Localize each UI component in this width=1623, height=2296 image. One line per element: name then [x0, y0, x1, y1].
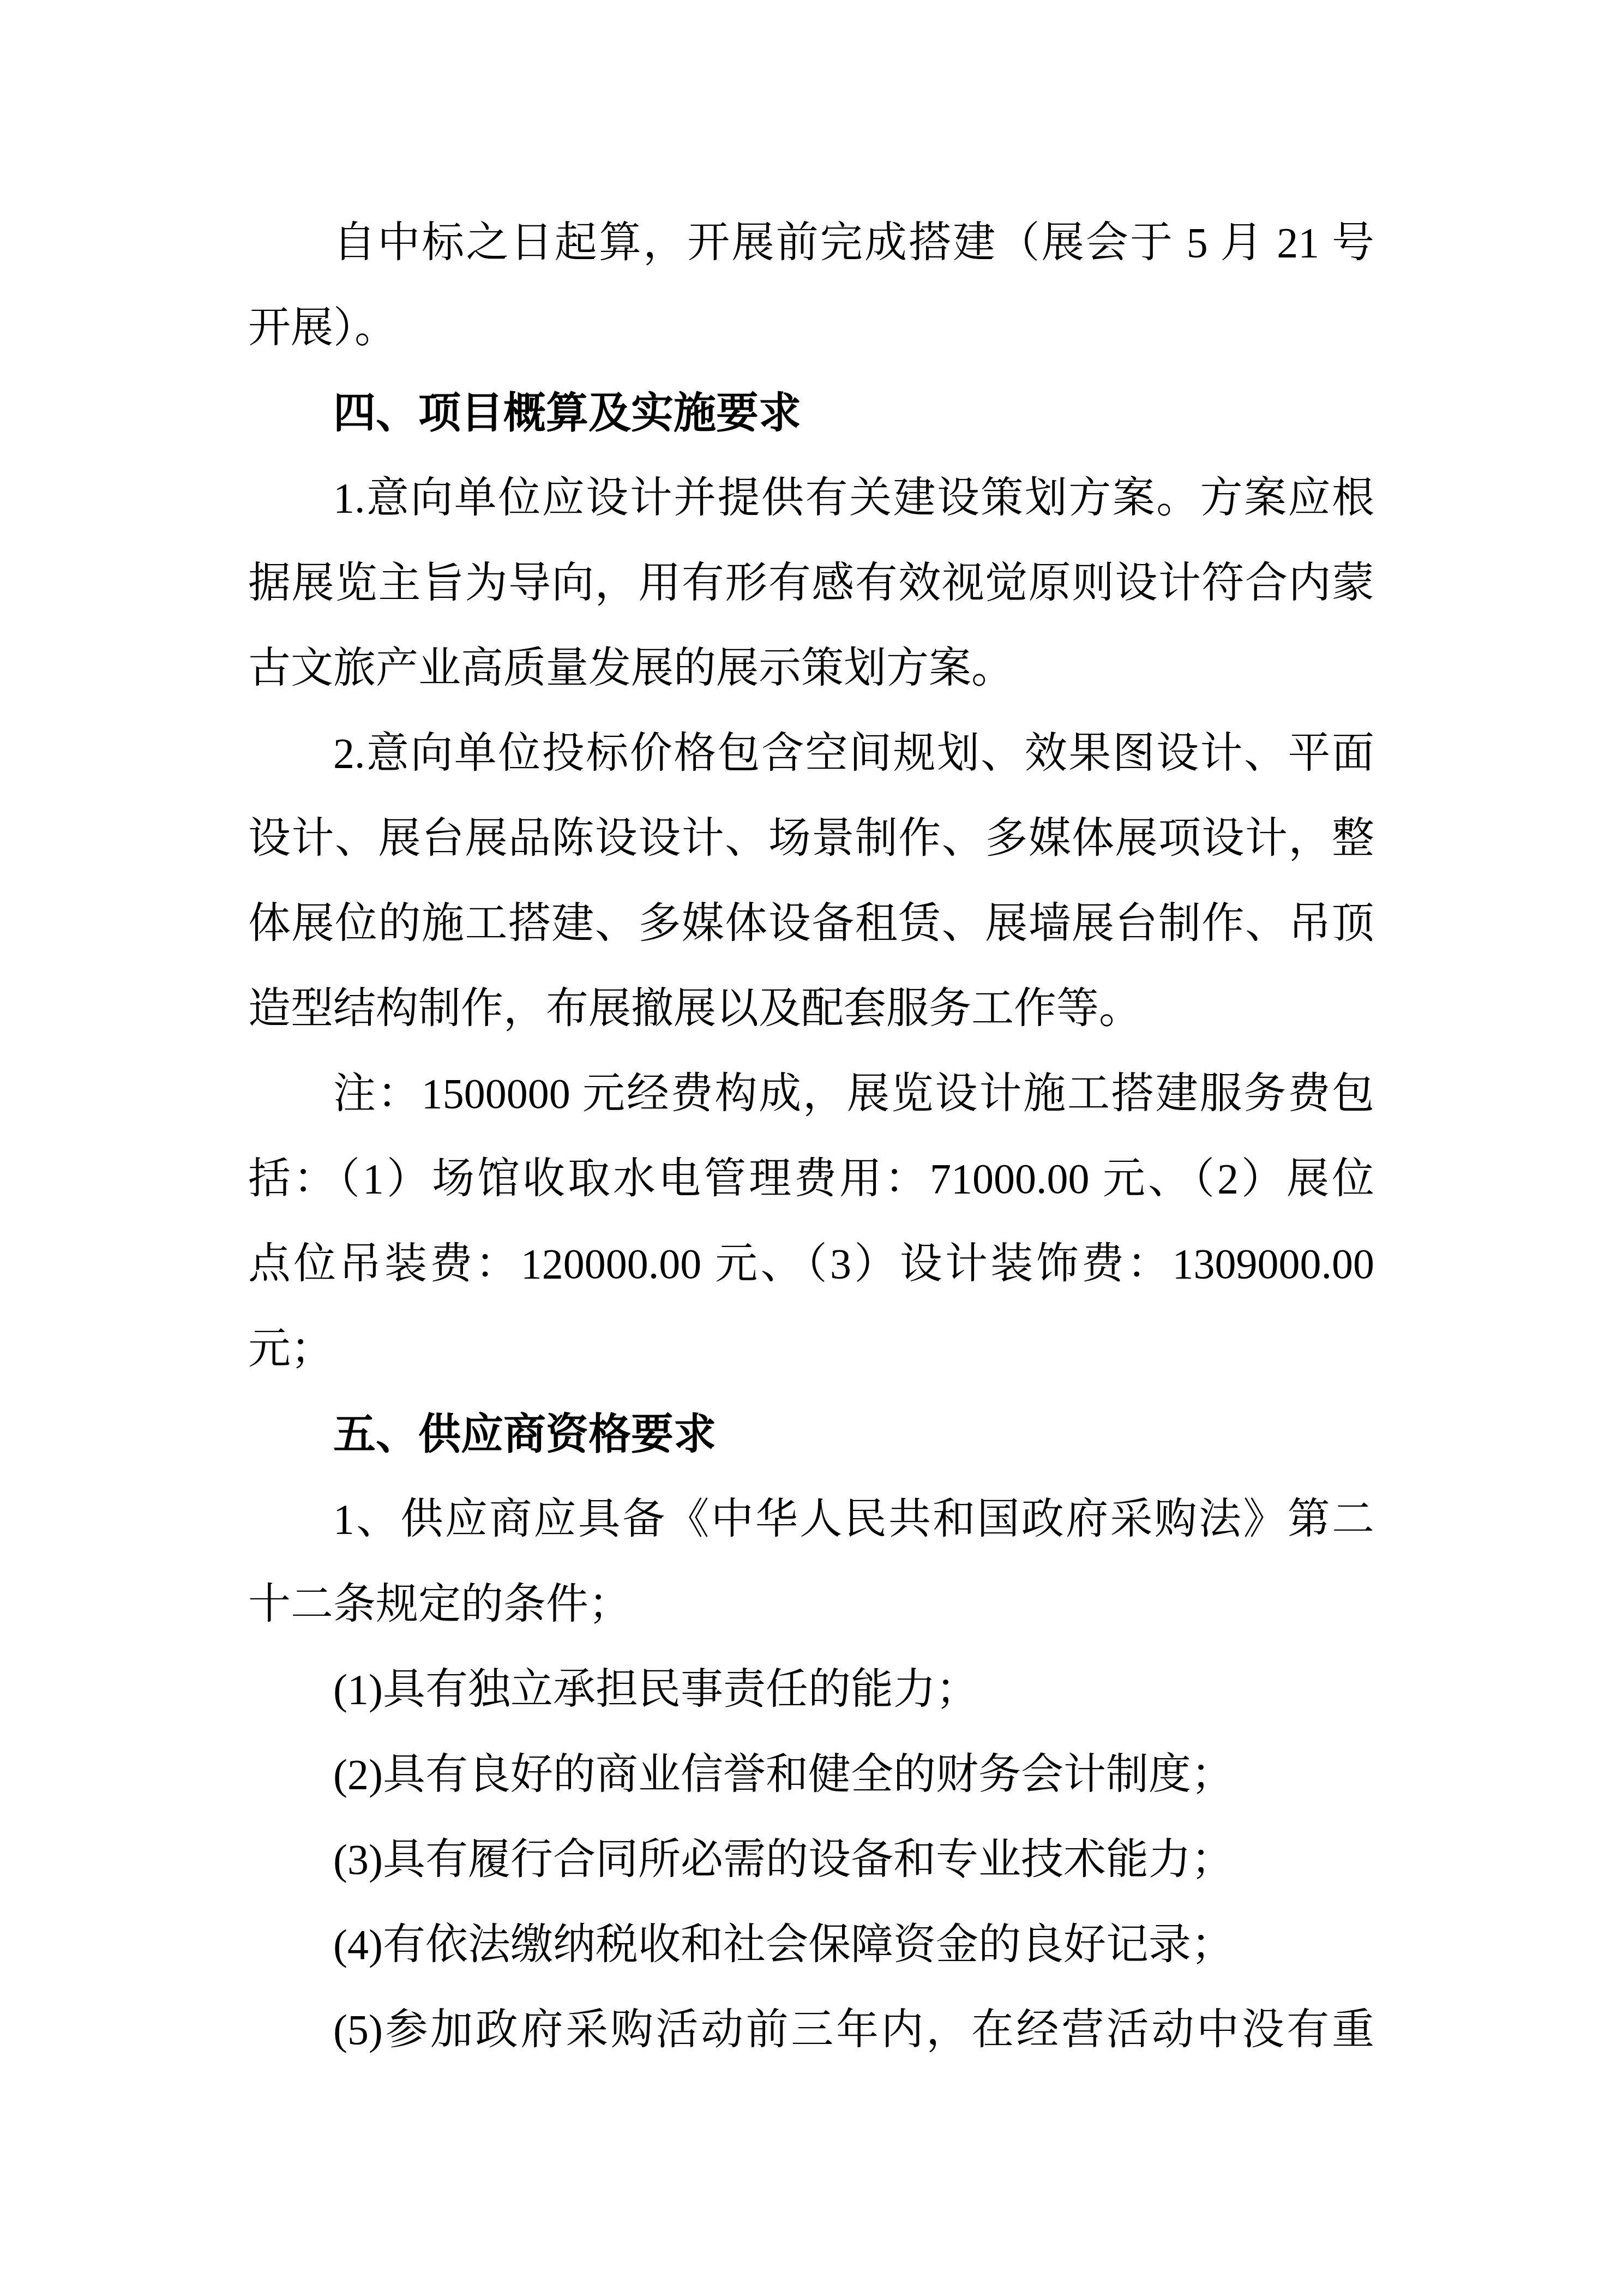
text-line: 2.意向单位投标价格包含空间规划、效果图设计、平面 — [248, 711, 1374, 796]
list-item-line: (1)具有独立承担民事责任的能力； — [248, 1647, 1374, 1732]
heading-section-four: 四、项目概算及实施要求 — [248, 370, 1374, 455]
text-line: 开展）。 — [248, 285, 1374, 370]
text-line: 十二条规定的条件； — [248, 1562, 1374, 1647]
text-line: 体展位的施工搭建、多媒体设备租赁、展墙展台制作、吊顶 — [248, 881, 1374, 966]
list-item-line: (3)具有履行合同所必需的设备和专业技术能力； — [248, 1817, 1374, 1902]
text-line: (5)参加政府采购活动前三年内，在经营活动中没有重 — [248, 1987, 1374, 2072]
text-line: 设计、展台展品陈设设计、场景制作、多媒体展项设计，整 — [248, 796, 1374, 881]
document-text-block: 自中标之日起算，开展前完成搭建（展会于 5 月 21 号 开展）。 四、项目概算… — [248, 200, 1374, 2072]
text-line: 括：（1）场馆收取水电管理费用：71000.00 元、（2）展位 — [248, 1136, 1374, 1221]
text-line: 古文旅产业高质量发展的展示策划方案。 — [248, 626, 1374, 711]
text-line: 造型结构制作，布展撤展以及配套服务工作等。 — [248, 966, 1374, 1051]
text-line: 1.意向单位应设计并提供有关建设策划方案。方案应根 — [248, 455, 1374, 541]
text-line: 点位吊装费：120000.00 元、（3）设计装饰费：1309000.00 — [248, 1221, 1374, 1306]
text-line: 1、供应商应具备《中华人民共和国政府采购法》第二 — [248, 1477, 1374, 1562]
text-line: 注：1500000 元经费构成，展览设计施工搭建服务费包 — [248, 1051, 1374, 1136]
document-page: 自中标之日起算，开展前完成搭建（展会于 5 月 21 号 开展）。 四、项目概算… — [0, 0, 1623, 2296]
text-line: 自中标之日起算，开展前完成搭建（展会于 5 月 21 号 — [248, 200, 1374, 285]
list-item-line: (2)具有良好的商业信誉和健全的财务会计制度； — [248, 1732, 1374, 1817]
text-line: 据展览主旨为导向，用有形有感有效视觉原则设计符合内蒙 — [248, 541, 1374, 626]
list-item-line: (4)有依法缴纳税收和社会保障资金的良好记录； — [248, 1902, 1374, 1987]
text-line: 元； — [248, 1306, 1374, 1392]
heading-section-five: 五、供应商资格要求 — [248, 1392, 1374, 1477]
